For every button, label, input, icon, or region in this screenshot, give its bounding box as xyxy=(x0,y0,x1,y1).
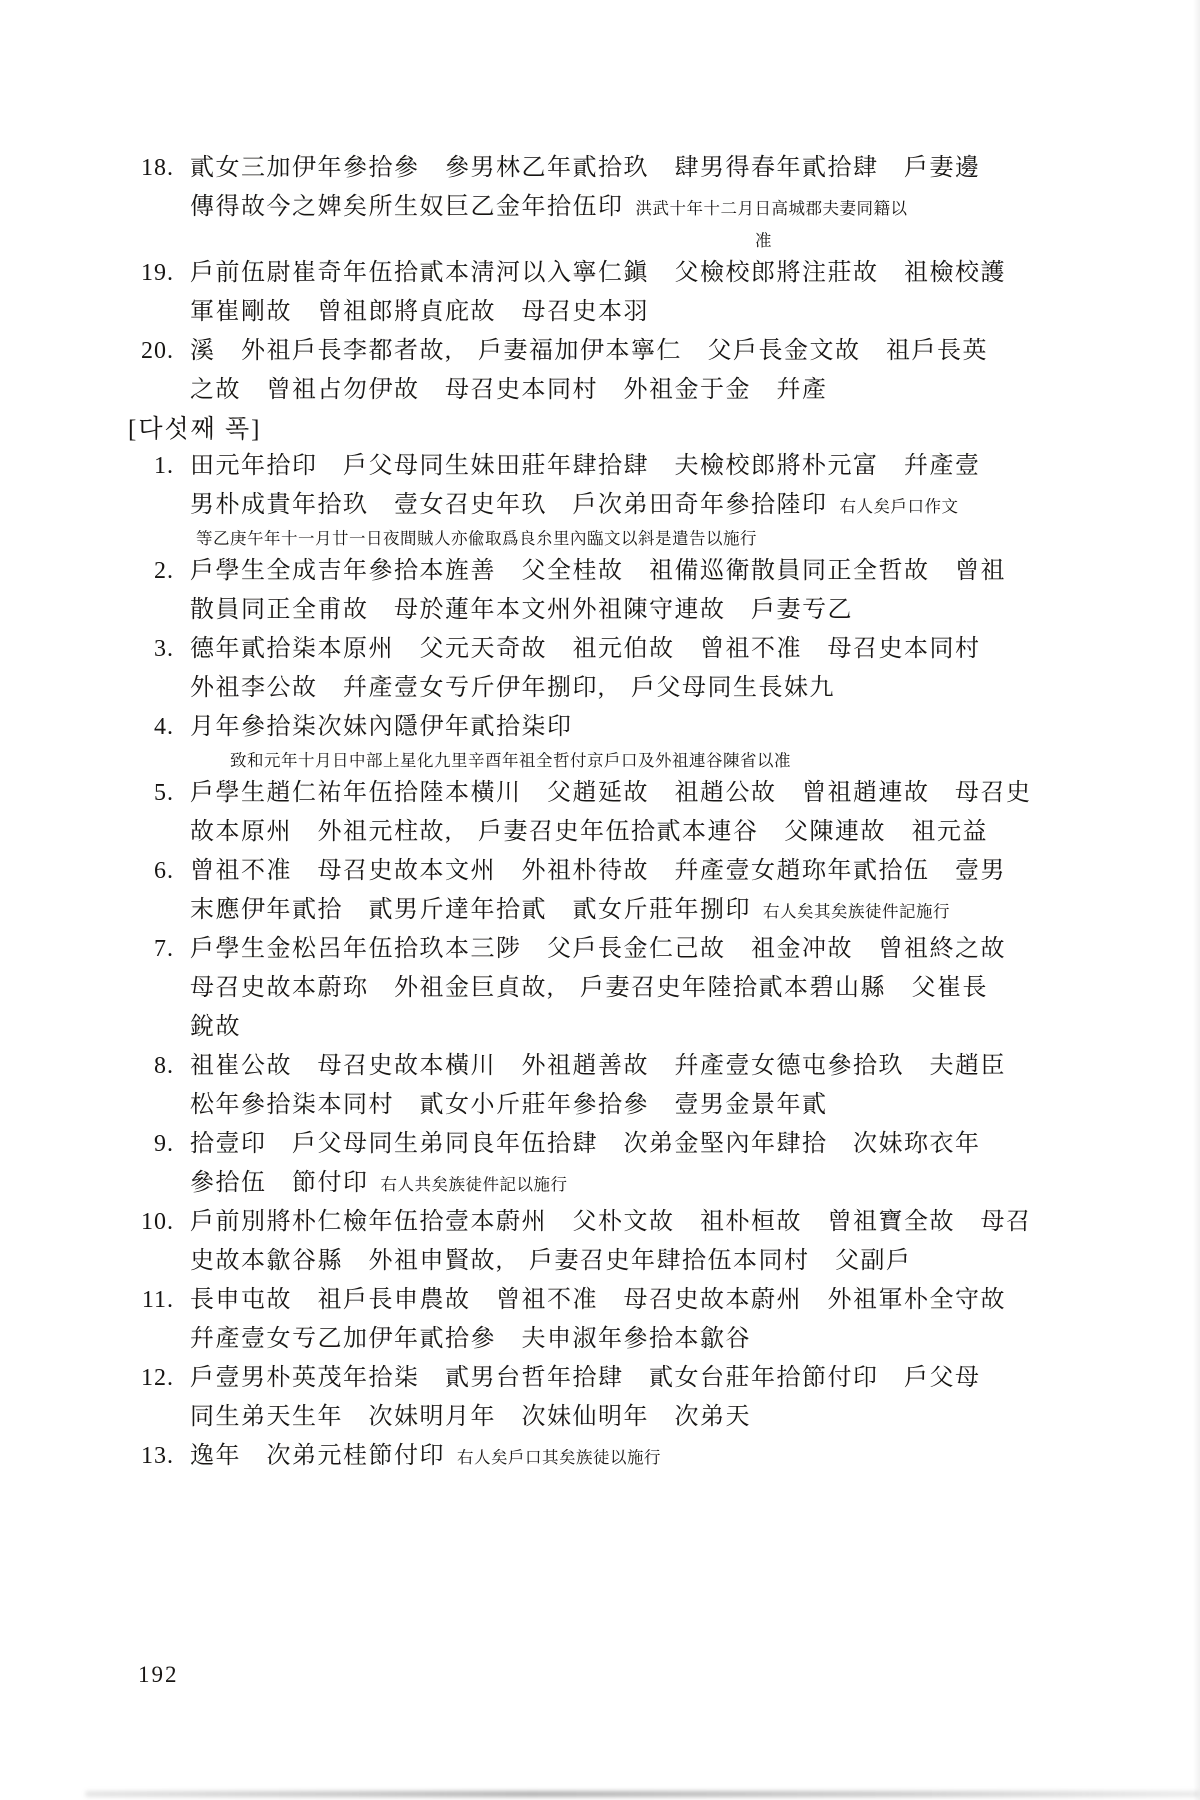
entry-line: 溪 外祖戶長李都者故, 戶妻福加伊本寧仁 父戶長金文故 祖戶長英 xyxy=(190,333,1038,372)
entry-main-text: 戶前別將朴仁檢年伍拾壹本蔚州 父朴文故 祖朴桓故 曾祖寶全故 母召 xyxy=(190,1209,1032,1235)
entry-main-text: 貳女三加伊年參拾參 參男林乙年貳拾玖 肆男得春年貳拾肆 戶妻邊 xyxy=(190,155,981,181)
entry-number: 8. xyxy=(128,1048,174,1085)
entry-main-text: 參拾伍 節付印 xyxy=(190,1170,369,1196)
entry-main-text: 逸年 次弟元桂節付印 xyxy=(190,1443,445,1469)
entry-main-text: 外祖李公故 幷產壹女亐斤伊年捌印, 戶父母同生長妹九 xyxy=(190,675,835,701)
entry-main-text: 之故 曾祖占勿伊故 母召史本同村 外祖金于金 幷產 xyxy=(190,377,828,403)
interlinear-annotation: 右人矣戶口其矣族徒以施行 xyxy=(457,1448,661,1467)
entry-row: 18. 貳女三加伊年參拾參 參男林乙年貳拾玖 肆男得春年貳拾肆 戶妻邊傳得故今之… xyxy=(128,150,1038,255)
entry-line: 銳故 xyxy=(190,1009,1038,1048)
entry-main-text: 德年貳拾柒本原州 父元天奇故 祖元伯故 曾祖不准 母召史本同村 xyxy=(190,636,981,662)
entry-main-text: 拾壹印 戶父母同生弟同良年伍拾肆 次弟金堅內年肆拾 次妹珎衣年 xyxy=(190,1131,981,1157)
entry-line: 末應伊年貳拾 貳男斤達年拾貳 貳女斤莊年捌印右人矣其矣族徒件記施行 xyxy=(190,892,1038,931)
entry-main-text: 軍崔剛故 曾祖郎將貞庇故 母召史本羽 xyxy=(190,299,649,325)
interlinear-annotation: 致和元年十月日中部上星化九里辛酉年祖全哲付京戶口及外祖連谷陳省以准 xyxy=(230,751,791,770)
entry-line: 之故 曾祖占勿伊故 母召史本同村 外祖金于金 幷產 xyxy=(190,372,1038,411)
entry-row: 7. 戶學生金松呂年伍拾玖本三陟 父戶長金仁己故 祖金冲故 曾祖終之故母召史故本… xyxy=(128,931,1038,1048)
entry-number: 1. xyxy=(128,448,174,485)
entry-text-block: 溪 外祖戶長李都者故, 戶妻福加伊本寧仁 父戶長金文故 祖戶長英之故 曾祖占勿伊… xyxy=(174,333,1038,411)
entry-line: 田元年拾印 戶父母同生妹田莊年肆拾肆 夫檢校郎將朴元富 幷產壹 xyxy=(190,448,1038,487)
entry-row: 5. 戶學生趙仁祐年伍拾陸本橫川 父趙延故 祖趙公故 曾祖趙連故 母召史故本原州… xyxy=(128,775,1038,853)
entry-line: 戶學生金松呂年伍拾玖本三陟 父戶長金仁己故 祖金冲故 曾祖終之故 xyxy=(190,931,1038,970)
entry-row: 19. 戶前伍尉崔奇年伍拾貳本淸河以入寧仁鎭 父檢校郎將注莊故 祖檢校護軍崔剛故… xyxy=(128,255,1038,333)
entry-number: 3. xyxy=(128,631,174,668)
entry-line: 等乙庚午年十一月廿一日夜間賊人亦偸取爲良厼里內臨文以斜是遣告以施行 xyxy=(190,526,1038,553)
entry-number: 11. xyxy=(128,1282,174,1319)
entry-main-text: 月年參拾柒次妹內隱伊年貳拾柒印 xyxy=(190,714,573,740)
entry-text-block: 長申屯故 祖戶長申農故 曾祖不准 母召史故本蔚州 外祖軍朴全守故幷產壹女亐乙加伊… xyxy=(174,1282,1038,1360)
page-number: 192 xyxy=(138,1662,1038,1688)
entry-line: 長申屯故 祖戶長申農故 曾祖不准 母召史故本蔚州 外祖軍朴全守故 xyxy=(190,1282,1038,1321)
entry-line: 逸年 次弟元桂節付印右人矣戶口其矣族徒以施行 xyxy=(190,1438,1038,1477)
entry-text-block: 德年貳拾柒本原州 父元天奇故 祖元伯故 曾祖不准 母召史本同村外祖李公故 幷產壹… xyxy=(174,631,1038,709)
section-heading: [다섯째 폭] xyxy=(128,411,1038,448)
entry-text-block: 戶壹男朴英茂年拾柒 貳男台哲年拾肆 貳女台莊年拾節付印 戶父母同生弟天生年 次妹… xyxy=(174,1360,1038,1438)
entry-main-text: 祖崔公故 母召史故本橫川 外祖趙善故 幷產壹女德屯參拾玖 夫趙臣 xyxy=(190,1053,1006,1079)
entry-main-text: 末應伊年貳拾 貳男斤達年拾貳 貳女斤莊年捌印 xyxy=(190,897,751,923)
entry-text-block: 拾壹印 戶父母同生弟同良年伍拾肆 次弟金堅內年肆拾 次妹珎衣年參拾伍 節付印右人… xyxy=(174,1126,1038,1204)
entry-line: 祖崔公故 母召史故本橫川 外祖趙善故 幷產壹女德屯參拾玖 夫趙臣 xyxy=(190,1048,1038,1087)
entry-line: 參拾伍 節付印右人共矣族徒件記以施行 xyxy=(190,1165,1038,1204)
entry-row: 11. 長申屯故 祖戶長申農故 曾祖不准 母召史故本蔚州 外祖軍朴全守故幷產壹女… xyxy=(128,1282,1038,1360)
interlinear-annotation: 右人共矣族徒件記以施行 xyxy=(381,1175,568,1194)
entry-line: 幷產壹女亐乙加伊年貳拾參 夫申淑年參拾本歙谷 xyxy=(190,1321,1038,1360)
scan-smudge-artifact xyxy=(85,1791,1200,1797)
entry-line: 外祖李公故 幷產壹女亐斤伊年捌印, 戶父母同生長妹九 xyxy=(190,670,1038,709)
entry-line: 致和元年十月日中部上星化九里辛酉年祖全哲付京戶口及外祖連谷陳省以准 xyxy=(190,748,1038,775)
entry-main-text: 散員同正全甫故 母於蓮年本文州外祖陳守連故 戶妻亐乙 xyxy=(190,597,853,623)
entry-number: 10. xyxy=(128,1204,174,1241)
entry-text-block: 逸年 次弟元桂節付印右人矣戶口其矣族徒以施行 xyxy=(174,1438,1038,1477)
entry-number: 12. xyxy=(128,1360,174,1397)
entry-line: 戶學生全成吉年參拾本旌善 父全桂故 祖備巡衛散員同正全哲故 曾祖 xyxy=(190,553,1038,592)
entry-main-text: 戶學生趙仁祐年伍拾陸本橫川 父趙延故 祖趙公故 曾祖趙連故 母召史 xyxy=(190,780,1032,806)
entry-row: 20. 溪 外祖戶長李都者故, 戶妻福加伊本寧仁 父戶長金文故 祖戶長英之故 曾… xyxy=(128,333,1038,411)
entry-text-block: 貳女三加伊年參拾參 參男林乙年貳拾玖 肆男得春年貳拾肆 戶妻邊傳得故今之婢矣所生… xyxy=(174,150,1038,255)
entry-line: 故本原州 外祖元柱故, 戶妻召史年伍拾貳本連谷 父陳連故 祖元益 xyxy=(190,814,1038,853)
interlinear-annotation: 准 xyxy=(755,231,772,250)
entry-main-text: 戶學生金松呂年伍拾玖本三陟 父戶長金仁己故 祖金冲故 曾祖終之故 xyxy=(190,936,1006,962)
entry-text-block: 田元年拾印 戶父母同生妹田莊年肆拾肆 夫檢校郎將朴元富 幷產壹男朴成貴年拾玖 壹… xyxy=(174,448,1038,553)
entry-number: 9. xyxy=(128,1126,174,1163)
entry-text-block: 戶前別將朴仁檢年伍拾壹本蔚州 父朴文故 祖朴桓故 曾祖寶全故 母召史故本歙谷縣 … xyxy=(174,1204,1038,1282)
entry-number: 2. xyxy=(128,553,174,590)
entry-line: 曾祖不准 母召史故本文州 外祖朴待故 幷產壹女趙珎年貳拾伍 壹男 xyxy=(190,853,1038,892)
entry-line: 同生弟天生年 次妹明月年 次妹仙明年 次弟天 xyxy=(190,1399,1038,1438)
entry-main-text: 曾祖不准 母召史故本文州 外祖朴待故 幷產壹女趙珎年貳拾伍 壹男 xyxy=(190,858,1006,884)
entry-number: 6. xyxy=(128,853,174,890)
entry-line: 軍崔剛故 曾祖郎將貞庇故 母召史本羽 xyxy=(190,294,1038,333)
entry-main-text: 長申屯故 祖戶長申農故 曾祖不准 母召史故本蔚州 外祖軍朴全守故 xyxy=(190,1287,1006,1313)
entry-line: 史故本歙谷縣 外祖申賢故, 戶妻召史年肆拾伍本同村 父副戶 xyxy=(190,1243,1038,1282)
entry-row: 2. 戶學生全成吉年參拾本旌善 父全桂故 祖備巡衛散員同正全哲故 曾祖散員同正全… xyxy=(128,553,1038,631)
entry-main-text: 男朴成貴年拾玖 壹女召史年玖 戶次弟田奇年參拾陸印 xyxy=(190,492,828,518)
entry-row: 10. 戶前別將朴仁檢年伍拾壹本蔚州 父朴文故 祖朴桓故 曾祖寶全故 母召史故本… xyxy=(128,1204,1038,1282)
entry-main-text: 戶壹男朴英茂年拾柒 貳男台哲年拾肆 貳女台莊年拾節付印 戶父母 xyxy=(190,1365,981,1391)
entry-text-block: 月年參拾柒次妹內隱伊年貳拾柒印致和元年十月日中部上星化九里辛酉年祖全哲付京戶口及… xyxy=(174,709,1038,775)
entry-main-text: 溪 外祖戶長李都者故, 戶妻福加伊本寧仁 父戶長金文故 祖戶長英 xyxy=(190,338,988,364)
entry-number: 18. xyxy=(128,150,174,187)
entry-list-main: 1. 田元年拾印 戶父母同生妹田莊年肆拾肆 夫檢校郎將朴元富 幷產壹男朴成貴年拾… xyxy=(128,448,1038,1477)
entry-number: 5. xyxy=(128,775,174,812)
entry-row: 4. 月年參拾柒次妹內隱伊年貳拾柒印致和元年十月日中部上星化九里辛酉年祖全哲付京… xyxy=(128,709,1038,775)
document-page: 18. 貳女三加伊年參拾參 參男林乙年貳拾玖 肆男得春年貳拾肆 戶妻邊傳得故今之… xyxy=(0,0,1200,1800)
entry-row: 9. 拾壹印 戶父母同生弟同良年伍拾肆 次弟金堅內年肆拾 次妹珎衣年參拾伍 節付… xyxy=(128,1126,1038,1204)
interlinear-annotation: 洪武十年十二月日高城郡夫妻同籍以 xyxy=(636,199,908,218)
entry-main-text: 史故本歙谷縣 外祖申賢故, 戶妻召史年肆拾伍本同村 父副戶 xyxy=(190,1248,912,1274)
entry-text-block: 曾祖不准 母召史故本文州 外祖朴待故 幷產壹女趙珎年貳拾伍 壹男末應伊年貳拾 貳… xyxy=(174,853,1038,931)
entry-line: 戶前伍尉崔奇年伍拾貳本淸河以入寧仁鎭 父檢校郎將注莊故 祖檢校護 xyxy=(190,255,1038,294)
entry-text-block: 戶學生趙仁祐年伍拾陸本橫川 父趙延故 祖趙公故 曾祖趙連故 母召史故本原州 外祖… xyxy=(174,775,1038,853)
entry-text-block: 戶學生全成吉年參拾本旌善 父全桂故 祖備巡衛散員同正全哲故 曾祖散員同正全甫故 … xyxy=(174,553,1038,631)
entry-list-top: 18. 貳女三加伊年參拾參 參男林乙年貳拾玖 肆男得春年貳拾肆 戶妻邊傳得故今之… xyxy=(128,150,1038,411)
entry-number: 19. xyxy=(128,255,174,292)
entry-line: 德年貳拾柒本原州 父元天奇故 祖元伯故 曾祖不准 母召史本同村 xyxy=(190,631,1038,670)
entry-main-text: 傳得故今之婢矣所生奴巨乙金年拾伍印 xyxy=(190,194,624,220)
entry-row: 3. 德年貳拾柒本原州 父元天奇故 祖元伯故 曾祖不准 母召史本同村外祖李公故 … xyxy=(128,631,1038,709)
entry-number: 7. xyxy=(128,931,174,968)
entry-row: 13. 逸年 次弟元桂節付印右人矣戶口其矣族徒以施行 xyxy=(128,1438,1038,1477)
entry-row: 8. 祖崔公故 母召史故本橫川 外祖趙善故 幷產壹女德屯參拾玖 夫趙臣松年參拾柒… xyxy=(128,1048,1038,1126)
page-content: 18. 貳女三加伊年參拾參 參男林乙年貳拾玖 肆男得春年貳拾肆 戶妻邊傳得故今之… xyxy=(128,150,1038,1688)
interlinear-annotation: 右人矣戶口作文 xyxy=(840,497,959,516)
entry-main-text: 戶前伍尉崔奇年伍拾貳本淸河以入寧仁鎭 父檢校郎將注莊故 祖檢校護 xyxy=(190,260,1006,286)
entry-line: 散員同正全甫故 母於蓮年本文州外祖陳守連故 戶妻亐乙 xyxy=(190,592,1038,631)
entry-line: 戶壹男朴英茂年拾柒 貳男台哲年拾肆 貳女台莊年拾節付印 戶父母 xyxy=(190,1360,1038,1399)
entry-main-text: 松年參拾柒本同村 貳女小斤莊年參拾參 壹男金景年貳 xyxy=(190,1092,828,1118)
entry-line: 貳女三加伊年參拾參 參男林乙年貳拾玖 肆男得春年貳拾肆 戶妻邊 xyxy=(190,150,1038,189)
entry-main-text: 故本原州 外祖元柱故, 戶妻召史年伍拾貳本連谷 父陳連故 祖元益 xyxy=(190,819,988,845)
entry-text-block: 戶學生金松呂年伍拾玖本三陟 父戶長金仁己故 祖金冲故 曾祖終之故母召史故本蔚珎 … xyxy=(174,931,1038,1048)
entry-row: 6. 曾祖不准 母召史故本文州 外祖朴待故 幷產壹女趙珎年貳拾伍 壹男末應伊年貳… xyxy=(128,853,1038,931)
entry-main-text: 銳故 xyxy=(190,1014,241,1040)
entry-line: 准 xyxy=(190,228,1038,255)
entry-main-text: 母召史故本蔚珎 外祖金巨貞故, 戶妻召史年陸拾貳本碧山縣 父崔長 xyxy=(190,975,988,1001)
entry-number: 13. xyxy=(128,1438,174,1475)
entry-main-text: 幷產壹女亐乙加伊年貳拾參 夫申淑年參拾本歙谷 xyxy=(190,1326,751,1352)
entry-main-text: 戶學生全成吉年參拾本旌善 父全桂故 祖備巡衛散員同正全哲故 曾祖 xyxy=(190,558,1006,584)
entry-line: 戶前別將朴仁檢年伍拾壹本蔚州 父朴文故 祖朴桓故 曾祖寶全故 母召 xyxy=(190,1204,1038,1243)
entry-text-block: 祖崔公故 母召史故本橫川 外祖趙善故 幷產壹女德屯參拾玖 夫趙臣松年參拾柒本同村… xyxy=(174,1048,1038,1126)
entry-main-text: 同生弟天生年 次妹明月年 次妹仙明年 次弟天 xyxy=(190,1404,751,1430)
entry-number: 4. xyxy=(128,709,174,746)
entry-line: 拾壹印 戶父母同生弟同良年伍拾肆 次弟金堅內年肆拾 次妹珎衣年 xyxy=(190,1126,1038,1165)
entry-line: 戶學生趙仁祐年伍拾陸本橫川 父趙延故 祖趙公故 曾祖趙連故 母召史 xyxy=(190,775,1038,814)
entry-text-block: 戶前伍尉崔奇年伍拾貳本淸河以入寧仁鎭 父檢校郎將注莊故 祖檢校護軍崔剛故 曾祖郎… xyxy=(174,255,1038,333)
entry-line: 男朴成貴年拾玖 壹女召史年玖 戶次弟田奇年參拾陸印右人矣戶口作文 xyxy=(190,487,1038,526)
interlinear-annotation: 等乙庚午年十一月廿一日夜間賊人亦偸取爲良厼里內臨文以斜是遣告以施行 xyxy=(196,529,757,548)
entry-line: 母召史故本蔚珎 外祖金巨貞故, 戶妻召史年陸拾貳本碧山縣 父崔長 xyxy=(190,970,1038,1009)
entry-line: 月年參拾柒次妹內隱伊年貳拾柒印 xyxy=(190,709,1038,748)
entry-row: 12. 戶壹男朴英茂年拾柒 貳男台哲年拾肆 貳女台莊年拾節付印 戶父母同生弟天生… xyxy=(128,1360,1038,1438)
scan-edge-shading xyxy=(1193,0,1200,1800)
interlinear-annotation: 右人矣其矣族徒件記施行 xyxy=(763,902,950,921)
entry-main-text: 田元年拾印 戶父母同生妹田莊年肆拾肆 夫檢校郎將朴元富 幷產壹 xyxy=(190,453,981,479)
entry-line: 松年參拾柒本同村 貳女小斤莊年參拾參 壹男金景年貳 xyxy=(190,1087,1038,1126)
entry-row: 1. 田元年拾印 戶父母同生妹田莊年肆拾肆 夫檢校郎將朴元富 幷產壹男朴成貴年拾… xyxy=(128,448,1038,553)
entry-line: 傳得故今之婢矣所生奴巨乙金年拾伍印洪武十年十二月日高城郡夫妻同籍以 xyxy=(190,189,1038,228)
entry-number: 20. xyxy=(128,333,174,370)
